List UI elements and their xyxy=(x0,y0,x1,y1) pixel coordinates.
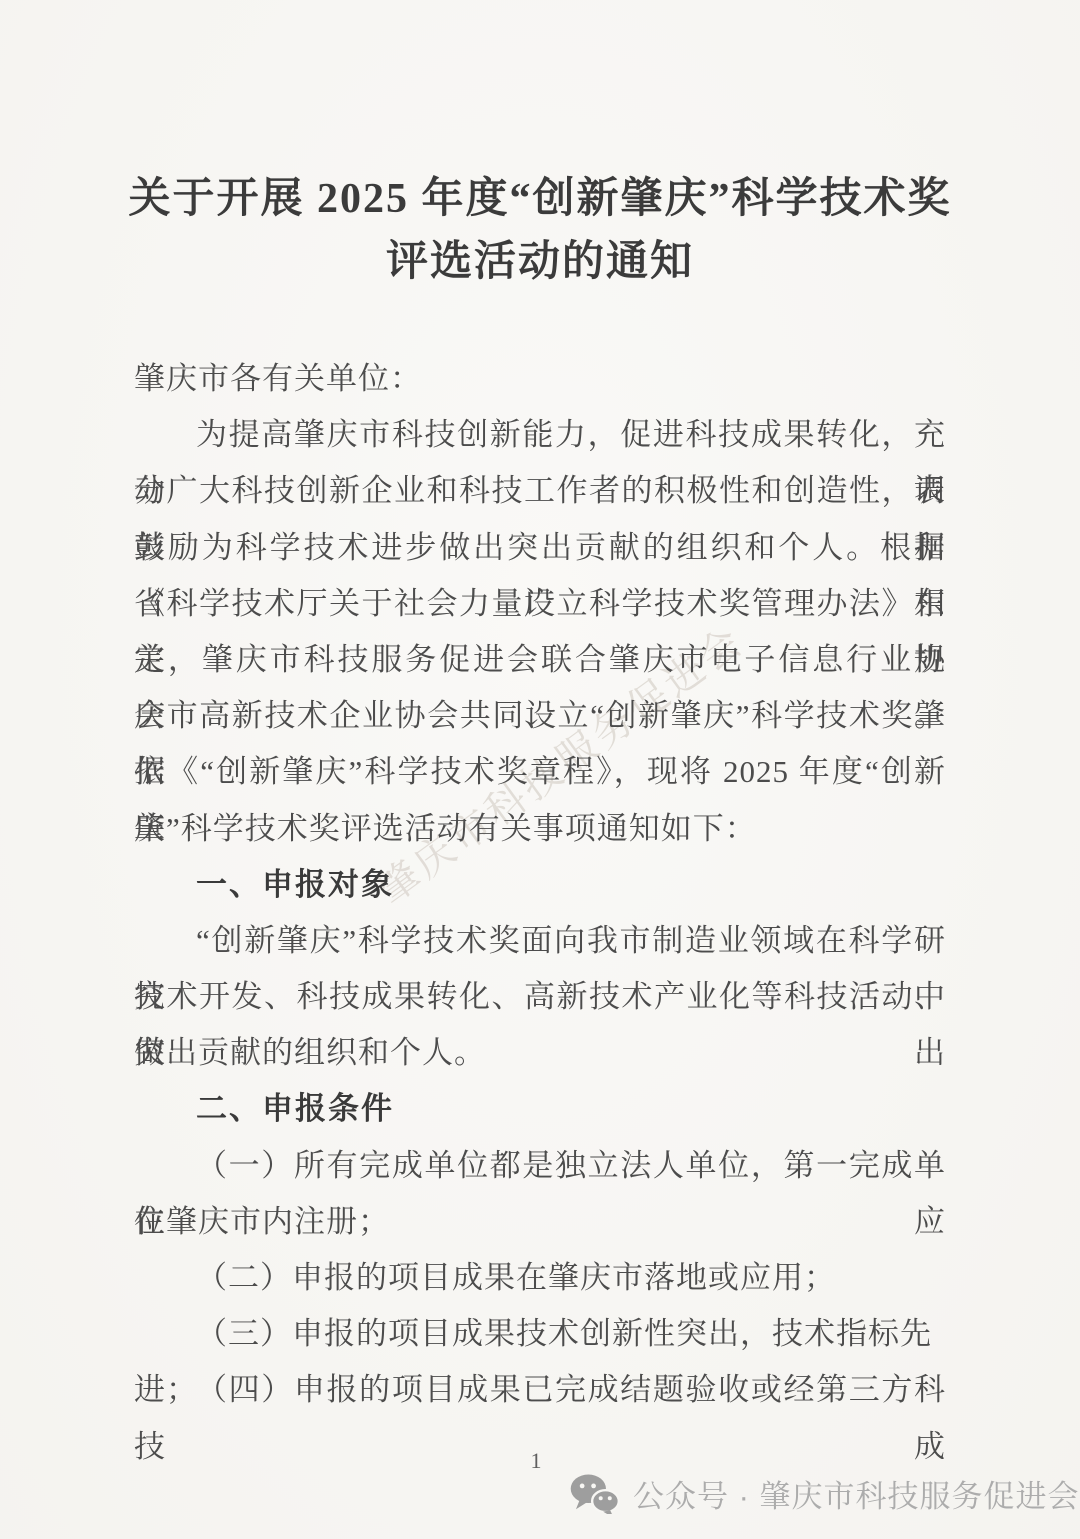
body-line: （一）所有完成单位都是独立法人单位，第一完成单位应 xyxy=(134,1138,946,1194)
title-line-1: 关于开展 2025 年度“创新肇庆”科学技术奖 xyxy=(0,168,1080,231)
body-line: （三）申报的项目成果技术创新性突出，技术指标先进； xyxy=(134,1306,946,1362)
body-line: 技术开发、科技成果转化、高新技术产业化等科技活动中做出 xyxy=(134,969,946,1025)
body-line: 据《“创新肇庆”科学技术奖章程》，现将 2025 年度“创新肇 xyxy=(134,744,946,800)
body-line: 庆”科学技术奖评选活动有关事项通知如下： xyxy=(134,801,946,857)
body-line: 为提高肇庆市科技创新能力，促进科技成果转化，充分调 xyxy=(134,407,946,463)
page-title: 关于开展 2025 年度“创新肇庆”科学技术奖 评选活动的通知 xyxy=(0,168,1080,294)
body-line: “创新肇庆”科学技术奖面向我市制造业领域在科学研究、 xyxy=(134,913,946,969)
section-heading: 一、申报对象 xyxy=(134,857,946,913)
body-line: 定，肇庆市科技服务促进会联合肇庆市电子信息行业协会、肇 xyxy=(134,632,946,688)
body-line: 肇庆市各有关单位： xyxy=(134,351,946,407)
section-heading: 二、申报条件 xyxy=(134,1081,946,1137)
body-line: （四）申报的项目成果已完成结题验收或经第三方科技成 xyxy=(134,1362,946,1418)
body-line: （二）申报的项目成果在肇庆市落地或应用； xyxy=(134,1250,946,1306)
wechat-icon xyxy=(570,1474,620,1514)
wechat-footer: 公众号 · 肇庆市科技服务促进会 xyxy=(570,1471,1080,1516)
body-line: 动广大科技创新企业和科技工作者的积极性和创造性，表彰和 xyxy=(134,463,946,519)
document-page: 肇庆市科技服务促进会 关于开展 2025 年度“创新肇庆”科学技术奖 评选活动的… xyxy=(0,0,1080,1539)
wechat-account-label: 公众号 · 肇庆市科技服务促进会 xyxy=(633,1471,1080,1516)
body-line: 庆市高新技术企业协会共同设立“创新肇庆”科学技术奖。依 xyxy=(134,688,946,744)
title-line-2: 评选活动的通知 xyxy=(0,231,1080,294)
document-body: 肇庆市各有关单位：为提高肇庆市科技创新能力，促进科技成果转化，充分调动广大科技创… xyxy=(134,351,946,1419)
body-line: 省科学技术厅关于社会力量设立科学技术奖管理办法》相关规 xyxy=(134,576,946,632)
body-line: 鼓励为科学技术进步做出突出贡献的组织和个人。根据《广东 xyxy=(134,520,946,576)
